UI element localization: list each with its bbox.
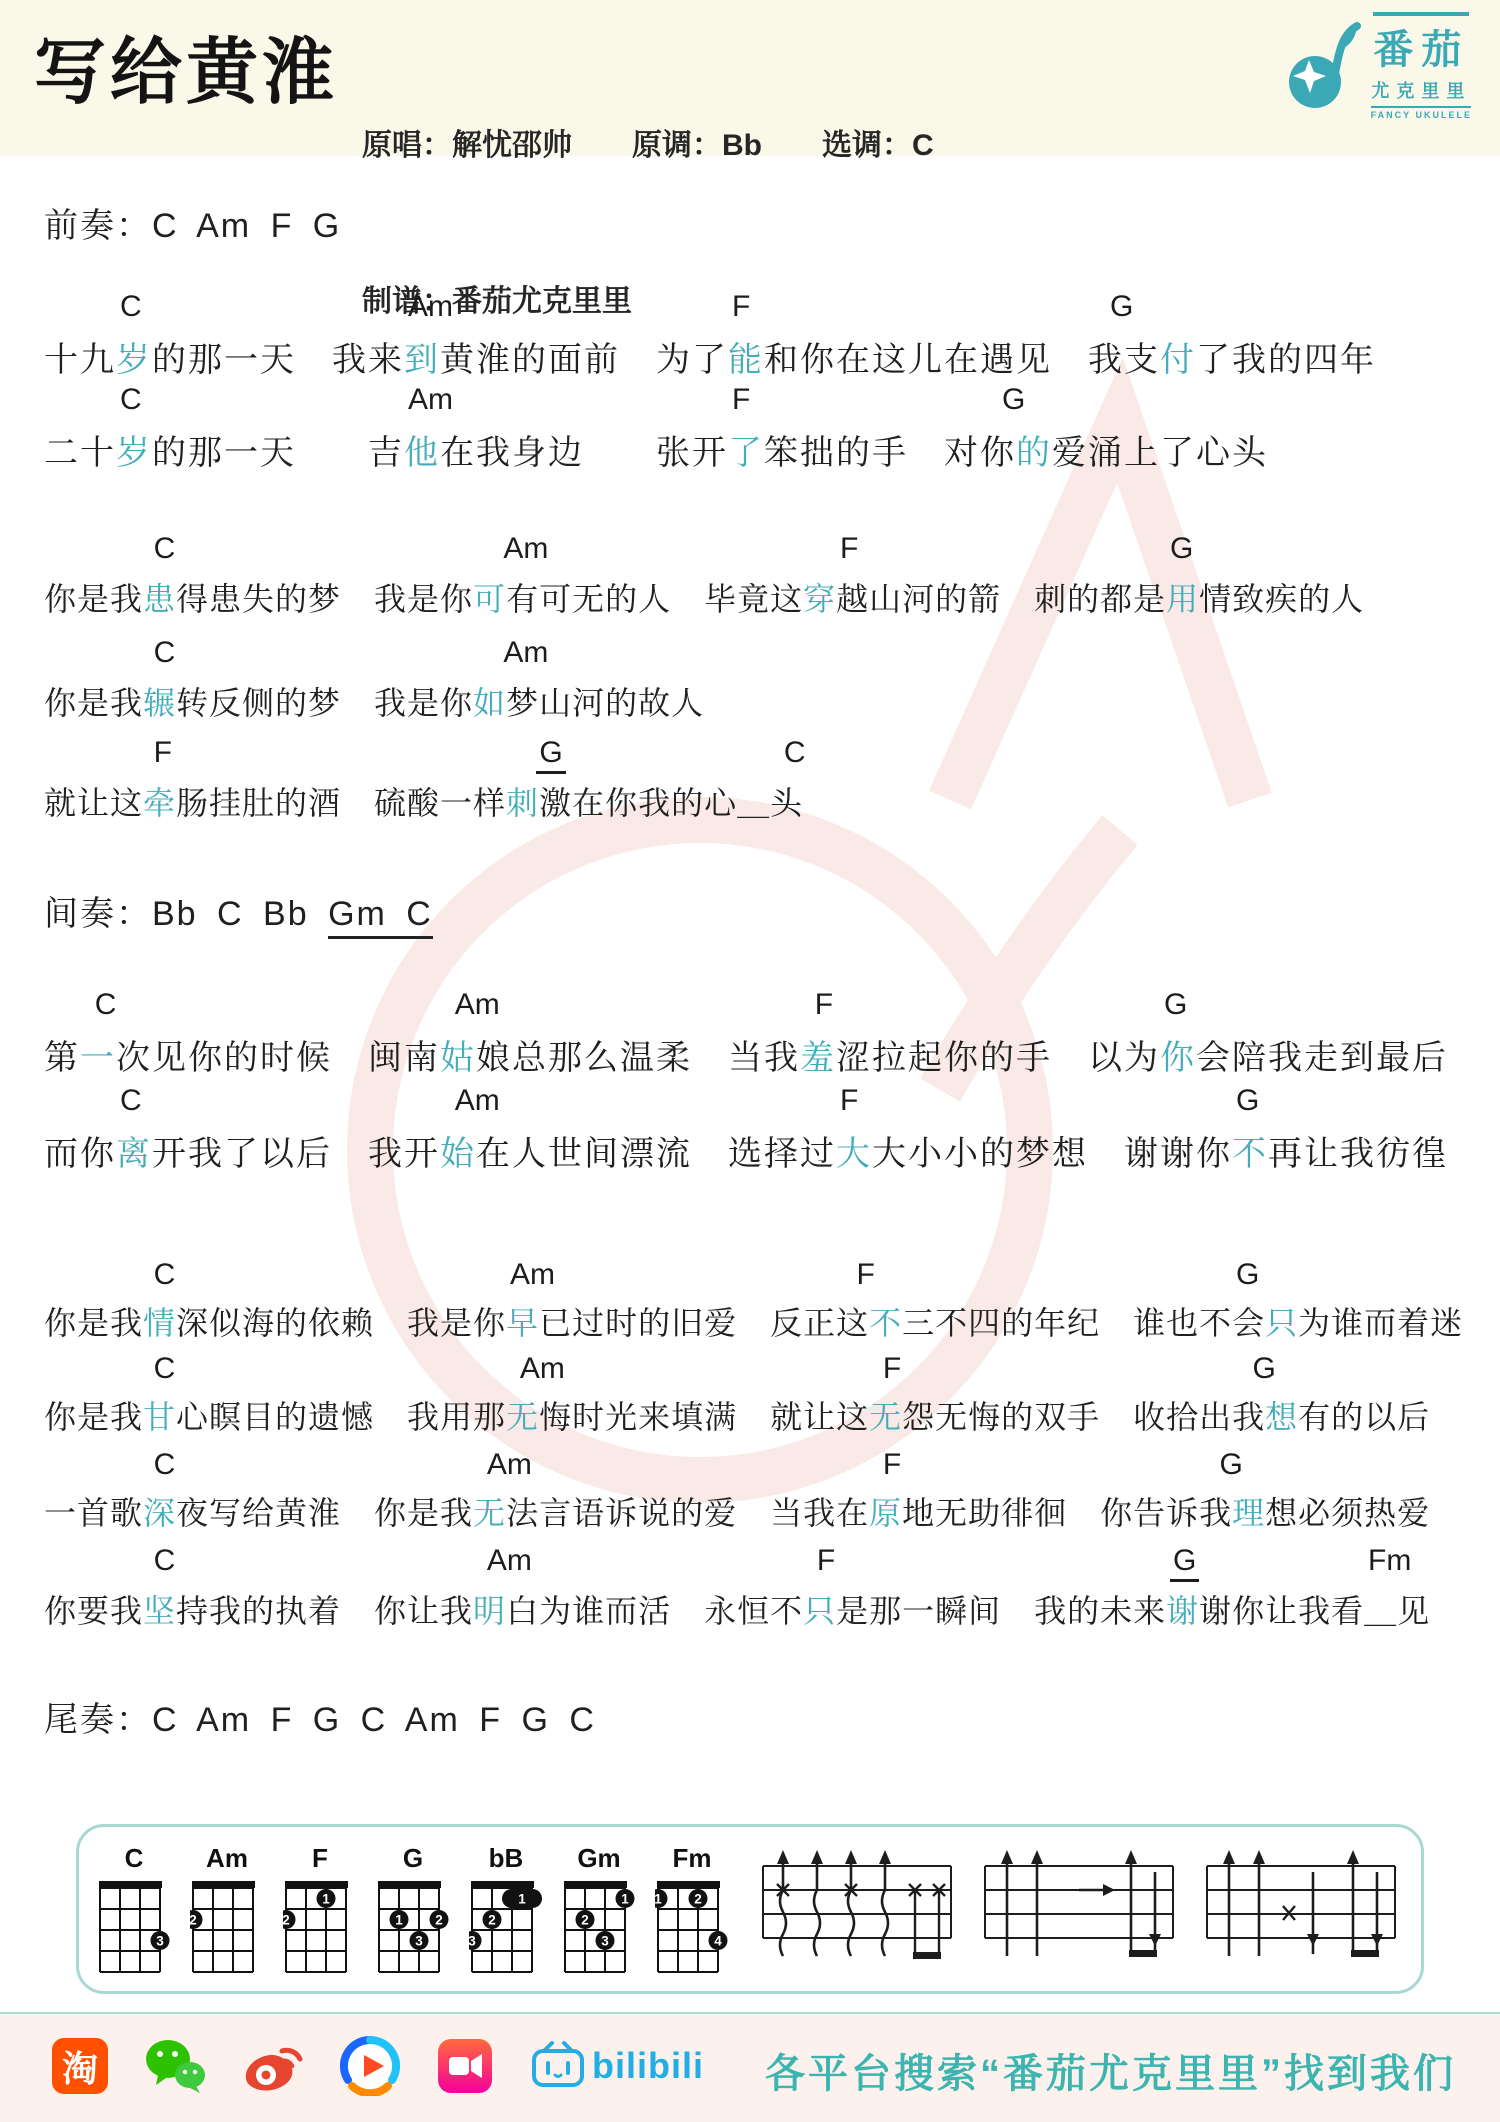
credit-line-1: 原唱：解忧邵帅 原调：Bb 选调：C bbox=[362, 120, 934, 172]
chord-symbol: Am bbox=[510, 1258, 555, 1292]
fretboard: 2 bbox=[190, 1877, 264, 1975]
chord-symbol: C bbox=[154, 1544, 176, 1578]
text-segment: 有可无的人 毕竟这 bbox=[506, 581, 803, 617]
chord-symbol: C bbox=[784, 736, 806, 770]
chord-row: CAmFG bbox=[0, 532, 1500, 572]
text-segment: 想必须热爱 bbox=[1265, 1495, 1430, 1531]
bilibili-tv-icon bbox=[530, 2041, 586, 2091]
svg-text:1: 1 bbox=[518, 1892, 526, 1907]
chord-symbol: Am bbox=[503, 636, 548, 670]
chord-diagram: F12 bbox=[281, 1843, 359, 1975]
chord-symbol: C bbox=[95, 988, 117, 1022]
highlight-char: 不 bbox=[1232, 1135, 1268, 1173]
highlight-char: 一 bbox=[80, 1039, 116, 1077]
lyric-line: 你是我患得患失的梦 我是你可有可无的人 毕竟这穿越山河的箭 刺的都是用情致疾的人 bbox=[44, 574, 1364, 620]
chord-row: CAm bbox=[0, 636, 1500, 676]
text-segment: 地无助徘徊 你告诉我 bbox=[902, 1495, 1232, 1531]
lyric-line: 十九岁的那一天 我来到黄淮的面前 为了能和你在这儿在遇见 我支付了我的四年 bbox=[44, 332, 1376, 381]
chord-symbol: F bbox=[732, 290, 750, 324]
text-segment: 间奏：Bb C Bb bbox=[44, 895, 328, 933]
chord-symbol: G bbox=[1002, 383, 1025, 417]
text-segment: 是那一瞬间 我的未来 bbox=[836, 1593, 1166, 1629]
lyric-line: 一首歌深夜写给黄淮 你是我无法言语诉说的爱 当我在原地无助徘徊 你告诉我理想必须… bbox=[44, 1488, 1430, 1534]
header-band: 写给黄淮 原唱：解忧邵帅 原调：Bb 选调：C 制谱：番茄尤克里里 番茄 尤克里… bbox=[0, 0, 1500, 156]
highlight-char: 只 bbox=[1265, 1305, 1298, 1341]
text-segment: 的那一天 我来 bbox=[152, 341, 404, 379]
chord-symbol: F bbox=[840, 532, 858, 566]
text-segment: 黄淮的面前 为了 bbox=[440, 341, 728, 379]
highlight-char: 无 bbox=[506, 1399, 539, 1435]
highlight-char: 甘 bbox=[143, 1399, 176, 1435]
text-segment: 你要我 bbox=[44, 1593, 143, 1629]
chord-diagrams: C3Am2F12G123bB123Gm123Fm124 bbox=[95, 1843, 731, 1975]
chord-diagram: Am2 bbox=[188, 1843, 266, 1975]
chord-symbol: C bbox=[120, 290, 142, 324]
lyric-line: 而你离开我了以后 我开始在人世间漂流 选择过大大小小的梦想 谢谢你不再让我彷徨 bbox=[44, 1126, 1448, 1175]
highlight-char: 如 bbox=[473, 685, 506, 721]
chord-diagram: bB123 bbox=[467, 1843, 545, 1975]
highlight-char: 患 bbox=[143, 581, 176, 617]
text-segment: 涩拉起你的手 以为 bbox=[836, 1039, 1160, 1077]
chord-row: CAmFG bbox=[0, 290, 1500, 330]
text-segment: 十九 bbox=[44, 341, 116, 379]
chord-row: CAmFG bbox=[0, 1084, 1500, 1124]
section-line: 尾奏：C Am F G C Am F G C bbox=[44, 1692, 596, 1741]
highlight-char: 早 bbox=[506, 1305, 539, 1341]
chord-symbol: G bbox=[1110, 290, 1133, 324]
text-segment: 你是我 bbox=[44, 685, 143, 721]
text-segment: 开我了以后 我开 bbox=[152, 1135, 440, 1173]
weibo-icon[interactable] bbox=[242, 2037, 304, 2095]
chord-symbol: Am bbox=[408, 383, 453, 417]
highlight-char: 牵 bbox=[143, 785, 176, 821]
chord-row: CAmFG bbox=[0, 1258, 1500, 1298]
text-segment: 了我的四年 bbox=[1196, 341, 1376, 379]
svg-text:1: 1 bbox=[621, 1892, 629, 1907]
highlight-char: 不 bbox=[869, 1305, 902, 1341]
chord-row: CAmFG bbox=[0, 1448, 1500, 1488]
text-segment: 尾奏：C Am F G C Am F G C bbox=[44, 1701, 596, 1739]
chord-symbol: Am bbox=[487, 1544, 532, 1578]
chord-symbol: F bbox=[883, 1448, 901, 1482]
highlight-char: 只 bbox=[803, 1593, 836, 1629]
chord-symbol: G bbox=[1236, 1258, 1259, 1292]
brand-sub-cn: 尤克里里 bbox=[1371, 77, 1471, 108]
text-segment: 一首歌 bbox=[44, 1495, 143, 1531]
wechat-icon[interactable] bbox=[144, 2037, 206, 2095]
highlight-char: 刺 bbox=[506, 785, 539, 821]
fretboard: 123 bbox=[376, 1877, 450, 1975]
chord-symbol: C bbox=[120, 383, 142, 417]
highlight-char: 坚 bbox=[143, 1593, 176, 1629]
svg-text:2: 2 bbox=[283, 1913, 290, 1928]
svg-text:1: 1 bbox=[322, 1892, 330, 1907]
highlight-char: 原 bbox=[869, 1495, 902, 1531]
brand-name-cn: 番茄 bbox=[1373, 12, 1469, 75]
weishi-icon[interactable] bbox=[436, 2037, 494, 2095]
svg-text:3: 3 bbox=[156, 1934, 164, 1949]
text-segment: 法言语诉说的爱 当我在 bbox=[506, 1495, 869, 1531]
strum-pattern-2 bbox=[979, 1846, 1179, 1972]
lyric-line: 二十岁的那一天 吉他在我身边 张开了笨拙的手 对你的爱涌上了心头 bbox=[44, 425, 1268, 474]
fretboard: 12 bbox=[283, 1877, 357, 1975]
highlight-char: 能 bbox=[728, 341, 764, 379]
chord-name: C bbox=[125, 1843, 144, 1874]
highlight-char: 无 bbox=[473, 1495, 506, 1531]
text-segment: 三不四的年纪 谁也不会 bbox=[902, 1305, 1265, 1341]
lyric-line: 第一次见你的时候 闽南姑娘总那么温柔 当我羞涩拉起你的手 以为你会陪我走到最后 bbox=[44, 1030, 1448, 1079]
text-segment: 就让这 bbox=[44, 785, 143, 821]
highlight-char: 辗 bbox=[143, 685, 176, 721]
footer-band: 淘 bbox=[0, 2012, 1500, 2122]
fretboard: 3 bbox=[97, 1877, 171, 1975]
chord-symbol: Fm bbox=[1368, 1544, 1411, 1578]
brand-logo-text: 番茄 尤克里里 FANCY UKULELE bbox=[1371, 12, 1472, 120]
chord-symbol: C bbox=[154, 1448, 176, 1482]
chord-symbol: G bbox=[1164, 988, 1187, 1022]
text-segment: 持我的执着 你让我 bbox=[176, 1593, 473, 1629]
text-segment: 再让我彷徨 bbox=[1268, 1135, 1448, 1173]
highlight-char: 穿 bbox=[803, 581, 836, 617]
strum-patterns bbox=[757, 1846, 1401, 1972]
svg-text:2: 2 bbox=[435, 1913, 443, 1928]
highlight-char: 的 bbox=[1016, 434, 1052, 472]
highlight-char: 他 bbox=[404, 434, 440, 472]
chord-diagram: C3 bbox=[95, 1843, 173, 1975]
highlight-char: 姑 bbox=[440, 1039, 476, 1077]
text-segment: 心瞑目的遗憾 我用那 bbox=[176, 1399, 506, 1435]
chord-symbol: F bbox=[732, 383, 750, 417]
text-segment: 肠挂肚的酒 硫酸一样 bbox=[176, 785, 506, 821]
chord-symbol: C bbox=[120, 1084, 142, 1118]
text-segment: 谢你让我看＿见 bbox=[1199, 1593, 1430, 1629]
chord-symbol: G bbox=[536, 736, 565, 774]
chord-row: CAmFG bbox=[0, 988, 1500, 1028]
chord-row: CAmFG bbox=[0, 383, 1500, 423]
text-segment: 的那一天 吉 bbox=[152, 434, 404, 472]
chord-symbol: F bbox=[154, 736, 172, 770]
social-icons: 淘 bbox=[52, 2036, 704, 2096]
chord-symbol: C bbox=[154, 1258, 176, 1292]
text-segment: 白为谁而活 永恒不 bbox=[506, 1593, 803, 1629]
brand-name-en: FANCY UKULELE bbox=[1371, 110, 1472, 120]
highlight-char: 谢 bbox=[1166, 1593, 1199, 1629]
lyric-line: 你要我坚持我的执着 你让我明白为谁而活 永恒不只是那一瞬间 我的未来谢谢你让我看… bbox=[44, 1586, 1430, 1632]
chord-diagram: Gm123 bbox=[560, 1843, 638, 1975]
chord-name: G bbox=[403, 1843, 423, 1874]
highlight-char: 大 bbox=[836, 1135, 872, 1173]
highlight-char: 岁 bbox=[116, 434, 152, 472]
chord-symbol: C bbox=[154, 636, 176, 670]
tencent-video-icon[interactable] bbox=[340, 2036, 400, 2096]
text-segment: 二十 bbox=[44, 434, 116, 472]
text-segment: 在人世间漂流 选择过 bbox=[476, 1135, 836, 1173]
highlight-char: 始 bbox=[440, 1135, 476, 1173]
text-segment: 大小小的梦想 谢谢你 bbox=[872, 1135, 1232, 1173]
svg-text:3: 3 bbox=[601, 1934, 609, 1949]
highlight-char: 了 bbox=[728, 434, 764, 472]
text-segment: 你是我 bbox=[44, 1399, 143, 1435]
footer-search-text: 各平台搜索“番茄尤克里里”找到我们 bbox=[765, 2042, 1456, 2099]
svg-text:1: 1 bbox=[655, 1892, 662, 1907]
highlight-char: 用 bbox=[1166, 581, 1199, 617]
text-segment: 爱涌上了心头 bbox=[1052, 434, 1268, 472]
text-segment: 夜写给黄淮 你是我 bbox=[176, 1495, 473, 1531]
highlight-char: 理 bbox=[1232, 1495, 1265, 1531]
text-segment: 越山河的箭 刺的都是 bbox=[836, 581, 1166, 617]
taobao-icon[interactable]: 淘 bbox=[52, 2038, 108, 2094]
lyric-line: 你是我情深似海的依赖 我是你早已过时的旧爱 反正这不三不四的年纪 谁也不会只为谁… bbox=[44, 1298, 1463, 1344]
chord-symbol: G bbox=[1170, 532, 1193, 566]
chord-symbol: G bbox=[1253, 1352, 1276, 1386]
text-segment: 怨无悔的双手 收拾出我 bbox=[902, 1399, 1265, 1435]
lyric-line: 你是我甘心瞑目的遗憾 我用那无悔时光来填满 就让这无怨无悔的双手 收拾出我想有的… bbox=[44, 1392, 1430, 1438]
chord-diagram: G123 bbox=[374, 1843, 452, 1975]
svg-text:2: 2 bbox=[488, 1913, 496, 1928]
highlight-char: 付 bbox=[1160, 341, 1196, 379]
chord-symbol: F bbox=[817, 1544, 835, 1578]
highlight-char: 无 bbox=[869, 1399, 902, 1435]
lyric-line: 就让这牵肠挂肚的酒 硫酸一样刺激在你我的心＿头 bbox=[44, 778, 803, 824]
svg-text:3: 3 bbox=[415, 1934, 423, 1949]
chord-diagram: Fm124 bbox=[653, 1843, 731, 1975]
fretboard: 123 bbox=[562, 1877, 636, 1975]
text-segment: 而你 bbox=[44, 1135, 116, 1173]
section-line: 间奏：Bb C Bb Gm C bbox=[44, 886, 433, 935]
chord-symbol: C bbox=[154, 1352, 176, 1386]
text-segment: 转反侧的梦 我是你 bbox=[176, 685, 473, 721]
highlight-char: 羞 bbox=[800, 1039, 836, 1077]
text-segment: 有的以后 bbox=[1298, 1399, 1430, 1435]
chord-row: CAmFG bbox=[0, 1352, 1500, 1392]
chord-symbol: G bbox=[1170, 1544, 1199, 1582]
chord-symbol: Am bbox=[487, 1448, 532, 1482]
svg-text:2: 2 bbox=[190, 1913, 197, 1928]
text-segment: 得患失的梦 我是你 bbox=[176, 581, 473, 617]
text-segment: 深似海的依赖 我是你 bbox=[176, 1305, 506, 1341]
chord-symbol: Am bbox=[455, 1084, 500, 1118]
chord-symbol: F bbox=[857, 1258, 875, 1292]
text-segment: 娘总那么温柔 当我 bbox=[476, 1039, 800, 1077]
chord-symbol: Am bbox=[520, 1352, 565, 1386]
strum-pattern-3 bbox=[1201, 1846, 1401, 1972]
text-segment: 你是我 bbox=[44, 581, 143, 617]
highlight-char: 到 bbox=[404, 341, 440, 379]
chord-reference-box: C3Am2F12G123bB123Gm123Fm124 bbox=[76, 1824, 1424, 1994]
chord-symbol: Am bbox=[455, 988, 500, 1022]
svg-text:4: 4 bbox=[714, 1934, 722, 1949]
chord-name: Gm bbox=[577, 1843, 620, 1874]
chord-name: Am bbox=[206, 1843, 248, 1874]
text-segment: 为谁而着迷 bbox=[1298, 1305, 1463, 1341]
chord-symbol: F bbox=[883, 1352, 901, 1386]
song-title: 写给黄淮 bbox=[34, 14, 338, 118]
brand-logo: 番茄 尤克里里 FANCY UKULELE bbox=[1287, 12, 1472, 120]
text-segment: 会陪我走到最后 bbox=[1196, 1039, 1448, 1077]
text-segment: 和你在这儿在遇见 我支 bbox=[764, 341, 1160, 379]
underlined-chords: Gm C bbox=[328, 895, 433, 939]
bilibili-logo[interactable]: bilibili bbox=[530, 2041, 704, 2091]
chord-name: F bbox=[312, 1843, 328, 1874]
text-segment: 激在你我的心＿头 bbox=[539, 785, 803, 821]
highlight-char: 离 bbox=[116, 1135, 152, 1173]
chord-symbol: Am bbox=[408, 290, 453, 324]
highlight-char: 岁 bbox=[116, 341, 152, 379]
text-segment: 已过时的旧爱 反正这 bbox=[539, 1305, 869, 1341]
chord-symbol: Am bbox=[503, 532, 548, 566]
svg-text:2: 2 bbox=[694, 1892, 702, 1907]
chord-symbol: F bbox=[840, 1084, 858, 1118]
text-segment: 第 bbox=[44, 1039, 80, 1077]
chord-name: Fm bbox=[673, 1843, 712, 1874]
chord-symbol: G bbox=[1220, 1448, 1243, 1482]
chord-symbol: C bbox=[154, 532, 176, 566]
highlight-char: 情 bbox=[143, 1305, 176, 1341]
svg-text:3: 3 bbox=[469, 1934, 476, 1949]
fretboard: 123 bbox=[469, 1877, 543, 1975]
tomato-note-icon bbox=[1287, 20, 1361, 112]
fretboard: 124 bbox=[655, 1877, 729, 1975]
text-segment: 笨拙的手 对你 bbox=[764, 434, 1016, 472]
text-segment: 前奏：C Am F G bbox=[44, 207, 341, 245]
text-segment: 悔时光来填满 就让这 bbox=[539, 1399, 869, 1435]
highlight-char: 你 bbox=[1160, 1039, 1196, 1077]
lyric-line: 你是我辗转反侧的梦 我是你如梦山河的故人 bbox=[44, 678, 704, 724]
chord-row: CAmFGFm bbox=[0, 1544, 1500, 1584]
highlight-char: 可 bbox=[473, 581, 506, 617]
chord-sheet-page: 番茄尤克里里 写给黄淮 原唱：解忧邵帅 原调：Bb 选调：C 制谱：番茄尤克里里… bbox=[0, 0, 1500, 2122]
text-segment: 在我身边 张开 bbox=[440, 434, 728, 472]
strum-pattern-1 bbox=[757, 1846, 957, 1972]
text-segment: 你是我 bbox=[44, 1305, 143, 1341]
chord-row: FGC bbox=[0, 736, 1500, 776]
highlight-char: 深 bbox=[143, 1495, 176, 1531]
chord-symbol: G bbox=[1236, 1084, 1259, 1118]
bilibili-wordmark: bilibili bbox=[592, 2045, 704, 2087]
svg-text:1: 1 bbox=[395, 1913, 403, 1928]
text-segment: 梦山河的故人 bbox=[506, 685, 704, 721]
text-segment: 次见你的时候 闽南 bbox=[116, 1039, 440, 1077]
highlight-char: 明 bbox=[473, 1593, 506, 1629]
chord-symbol: F bbox=[815, 988, 833, 1022]
chord-name: bB bbox=[489, 1843, 524, 1874]
highlight-char: 想 bbox=[1265, 1399, 1298, 1435]
section-line: 前奏：C Am F G bbox=[44, 198, 341, 247]
svg-text:2: 2 bbox=[581, 1913, 589, 1928]
text-segment: 情致疾的人 bbox=[1199, 581, 1364, 617]
